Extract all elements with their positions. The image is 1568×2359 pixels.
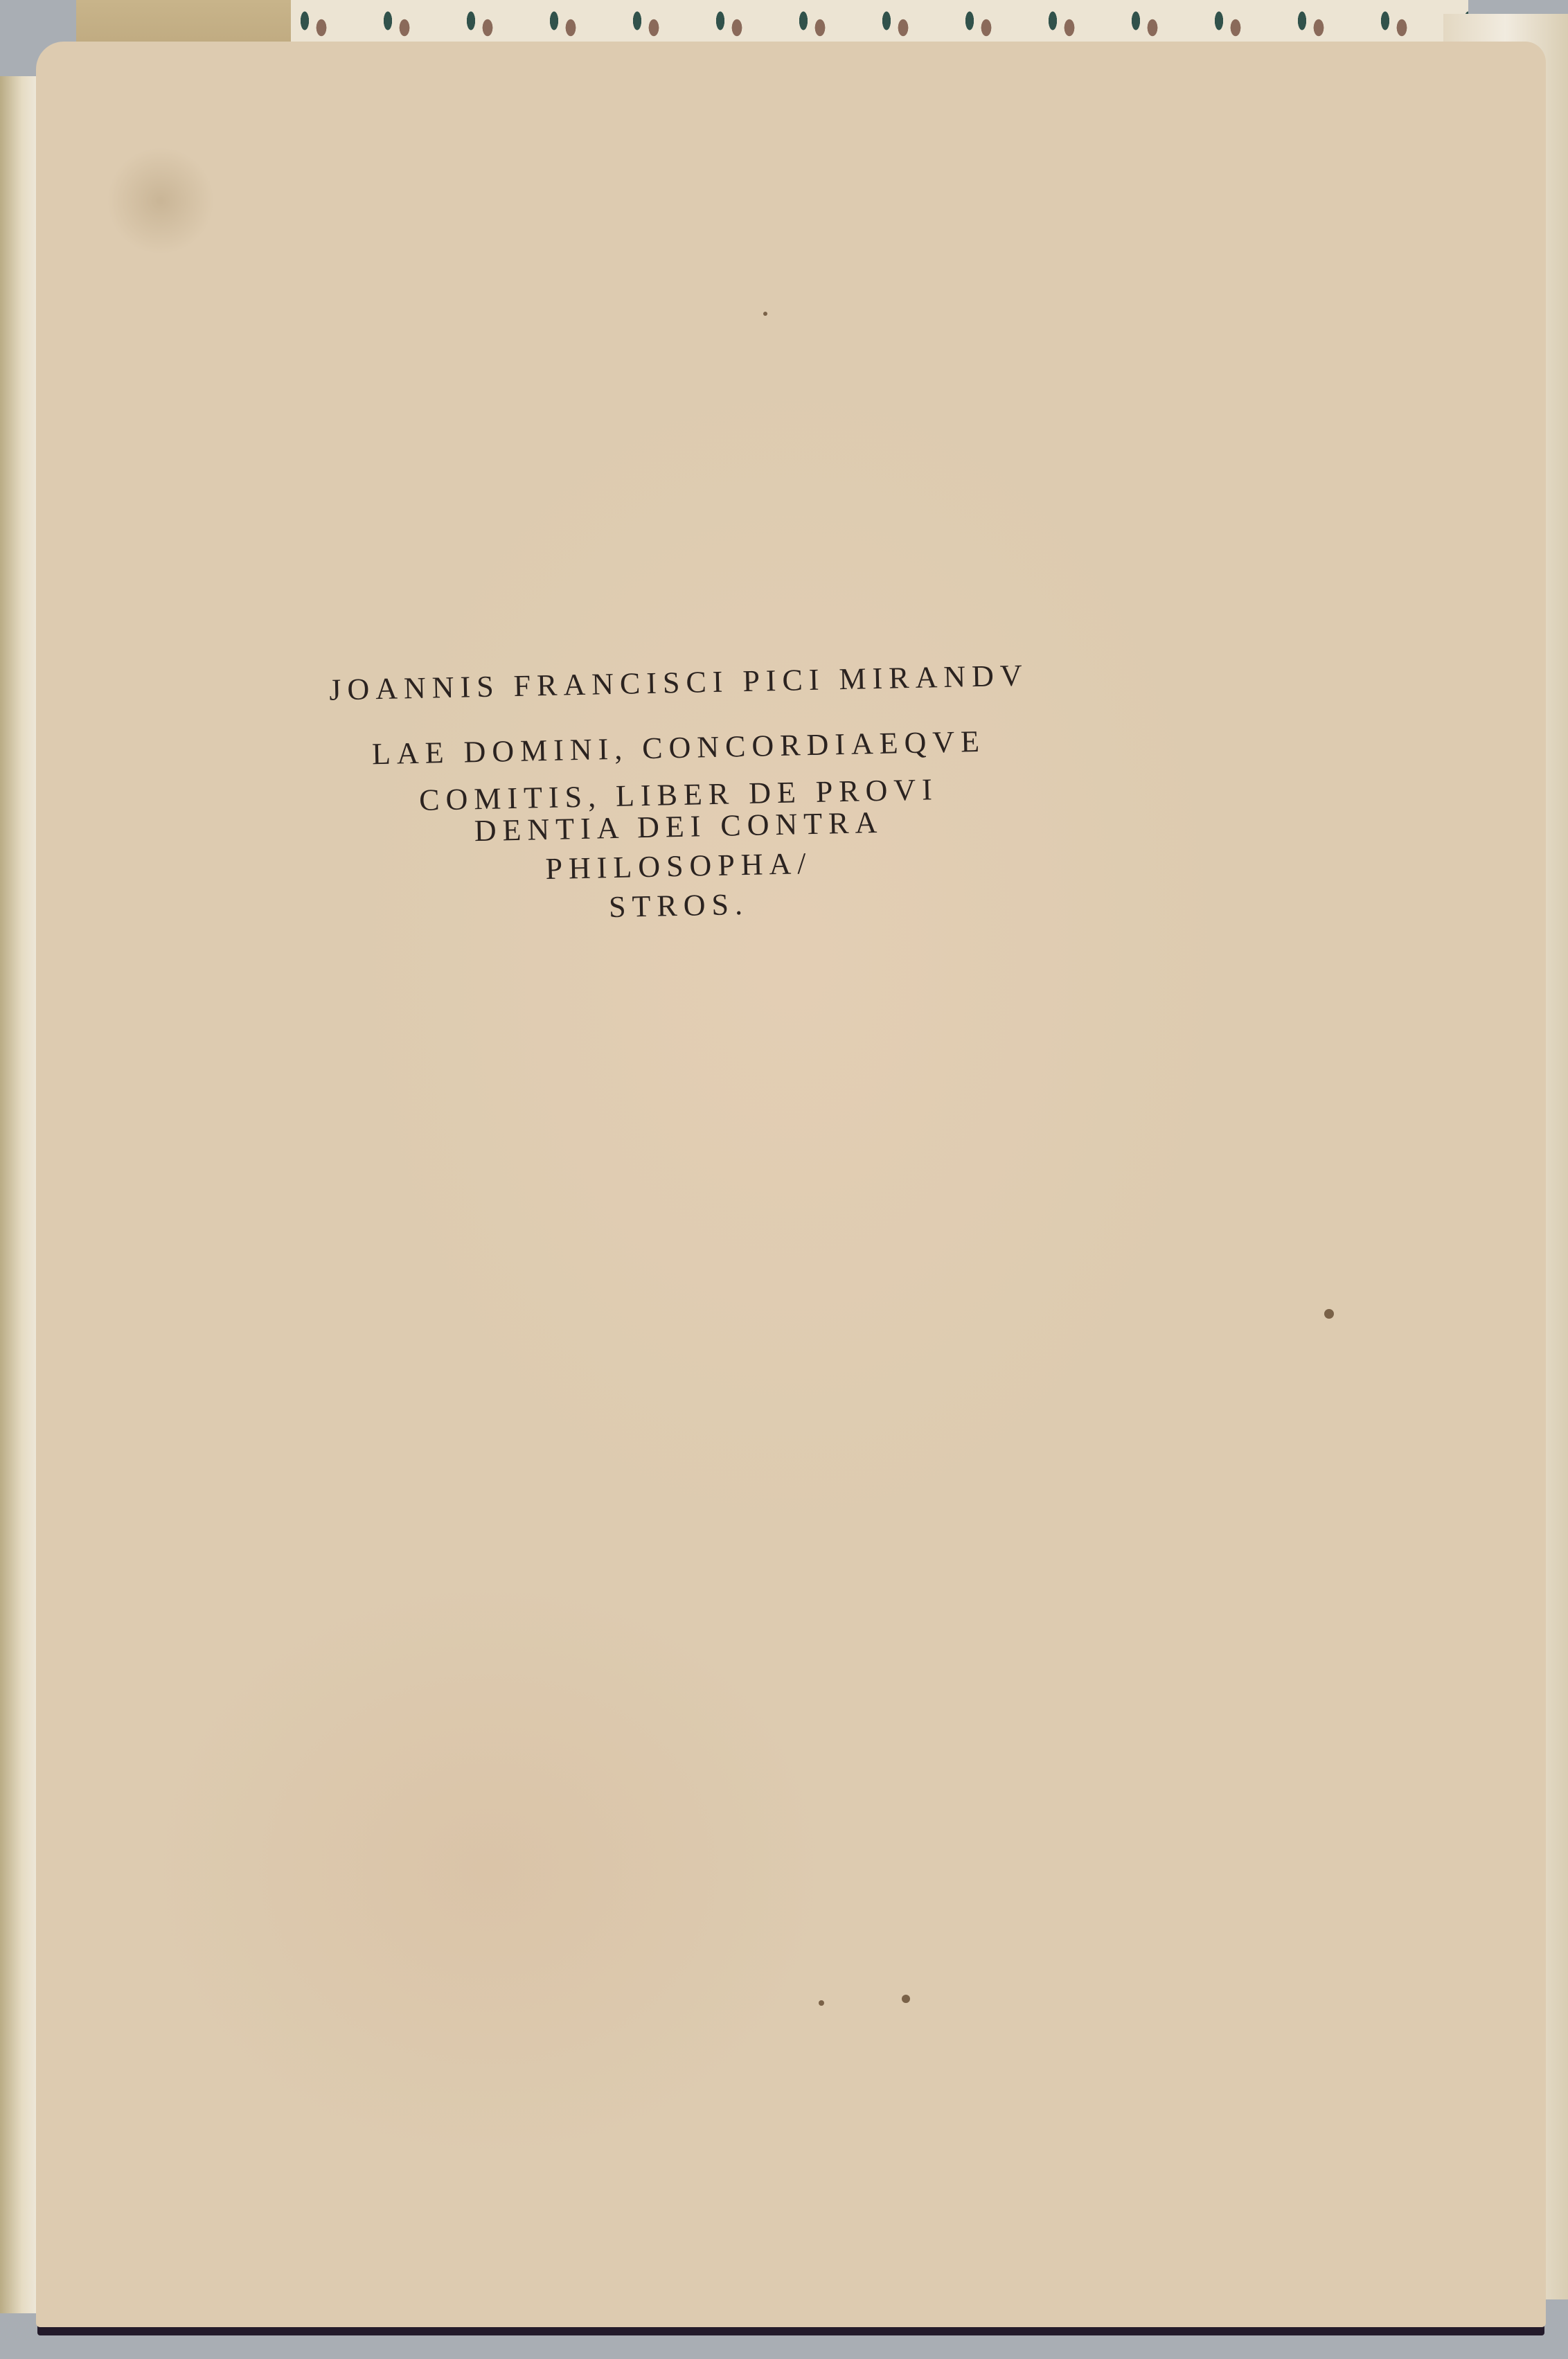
foxing-spot <box>763 312 767 316</box>
foxing-spot <box>1324 1309 1334 1319</box>
title-line-2: LAE DOMINI, CONCORDIAEQVE <box>371 724 986 772</box>
title-line-6: STROS. <box>609 887 749 925</box>
foxing-spot <box>902 1995 910 2003</box>
foxing-spot <box>819 2000 824 2006</box>
title-line-1: JOANNIS FRANCISCI PICI MIRANDV <box>329 657 1028 707</box>
title-line-5: PHILOSOPHA/ <box>545 846 812 887</box>
title-line-4: DENTIA DEI CONTRA <box>474 805 883 848</box>
title-page: JOANNIS FRANCISCI PICI MIRANDV LAE DOMIN… <box>36 42 1546 2327</box>
